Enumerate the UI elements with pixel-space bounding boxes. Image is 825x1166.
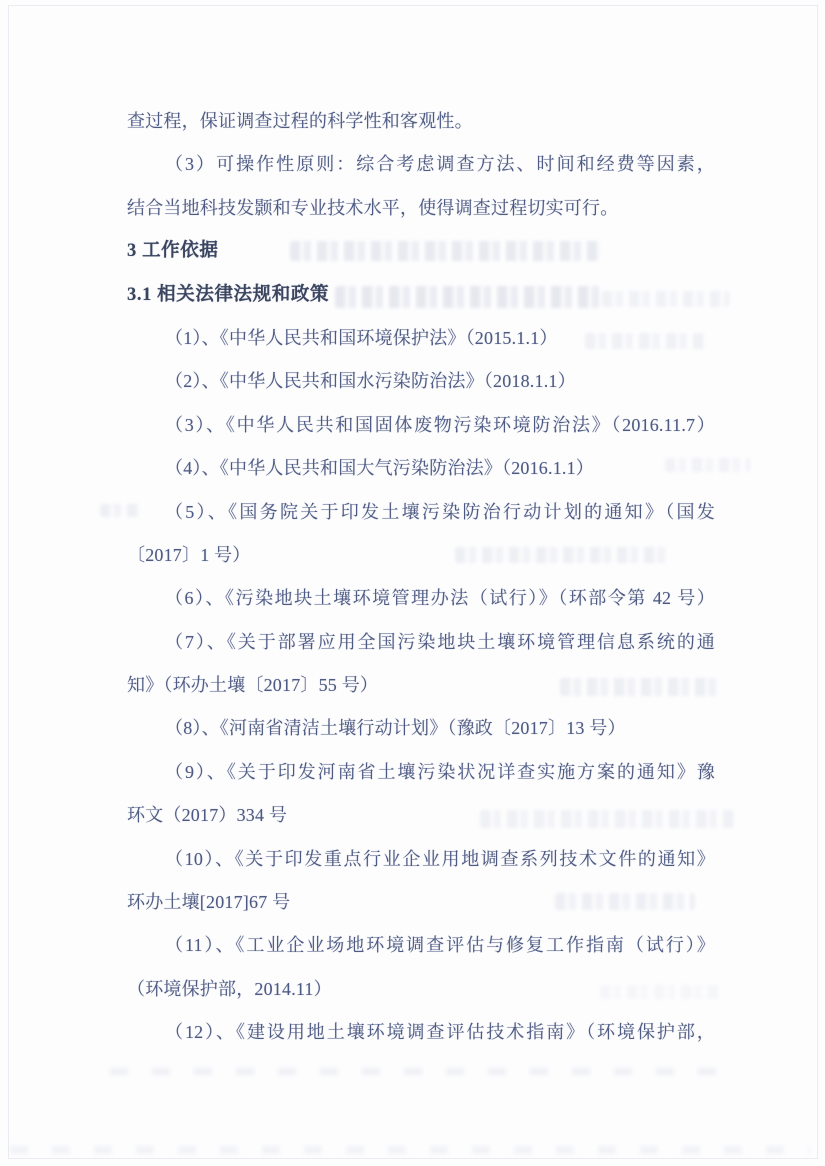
reference-continuation-line: 环办土壤[2017]67 号 — [127, 881, 715, 924]
reference-item: （4）、《中华人民共和国大气污染防治法》（2016.1.1） — [127, 447, 715, 490]
scan-noise-streak — [10, 1146, 810, 1154]
reference-item: （9）、《关于印发河南省土壤污染状况详查实施方案的通知》豫 — [127, 751, 715, 794]
document-text-column: 查过程，保证调查过程的科学性和客观性。 （3）可操作性原则：综合考虑调查方法、时… — [127, 100, 715, 1055]
reference-item: （2）、《中华人民共和国水污染防治法》（2018.1.1） — [127, 360, 715, 403]
reference-continuation-line: 知》（环办土壤〔2017〕55 号） — [127, 664, 715, 707]
reference-item: （10）、《关于印发重点行业企业用地调查系列技术文件的通知》 — [127, 838, 715, 881]
reference-continuation-line: （环境保护部，2014.11） — [127, 968, 715, 1011]
body-text-line: 结合当地科技发颢和专业技术水平，使得调查过程切实可行。 — [127, 187, 715, 230]
reference-item: （1）、《中华人民共和国环境保护法》（2015.1.1） — [127, 317, 715, 360]
reference-continuation-line: 〔2017〕1 号） — [127, 534, 715, 577]
body-text-line: （3）可操作性原则：综合考虑调查方法、时间和经费等因素， — [127, 143, 715, 186]
reference-item: （3）、《中华人民共和国固体废物污染环境防治法》（2016.11.7） — [127, 404, 715, 447]
reference-item: （7）、《关于部署应用全国污染地块土壤环境管理信息系统的通 — [127, 621, 715, 664]
subsection-heading: 3.1 相关法律法规和政策 — [127, 274, 715, 317]
reference-item: （8）、《河南省清洁土壤行动计划》（豫政〔2017〕13 号） — [127, 707, 715, 750]
reference-continuation-line: 环文（2017）334 号 — [127, 794, 715, 837]
scanned-page: 查过程，保证调查过程的科学性和客观性。 （3）可操作性原则：综合考虑调查方法、时… — [0, 0, 825, 1166]
reference-item: （11）、《工业企业场地环境调查评估与修复工作指南（试行）》 — [127, 924, 715, 967]
body-text-line: 查过程，保证调查过程的科学性和客观性。 — [127, 100, 715, 143]
reference-item: （6）、《污染地块土壤环境管理办法（试行）》（环部令第 42 号） — [127, 577, 715, 620]
reference-item: （5）、《国务院关于印发土壤污染防治行动计划的通知》（国发 — [127, 491, 715, 534]
reference-item: （12）、《建设用地土壤环境调查评估技术指南》（环境保护部， — [127, 1011, 715, 1054]
scan-noise-streak — [110, 1068, 730, 1075]
section-heading: 3 工作依据 — [127, 230, 715, 273]
